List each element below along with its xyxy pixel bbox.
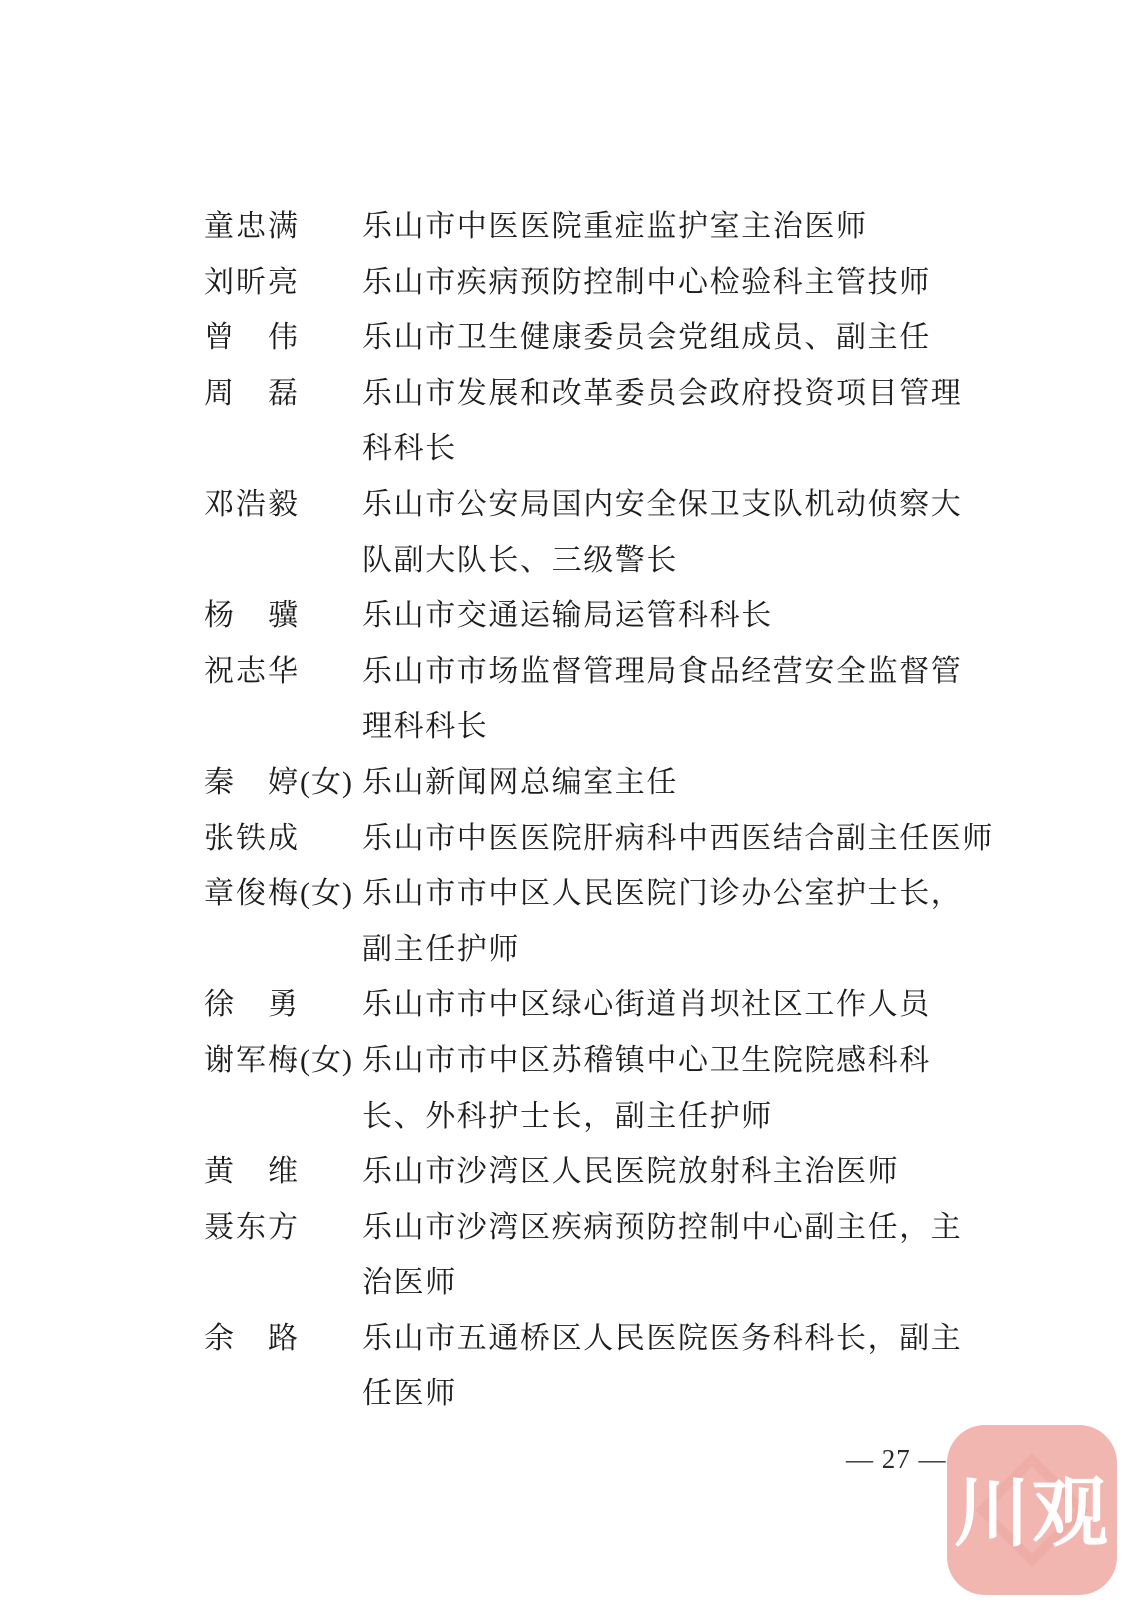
person-position: 乐山市交通运输局运管科科长 xyxy=(362,588,1002,644)
list-item: 谢军梅(女) 乐山市市中区苏稽镇中心卫生院院感科科 长、外科护士长，副主任护师 xyxy=(204,1033,1004,1144)
document-page: { "document": { "entries": [ { "name": "… xyxy=(0,0,1124,1600)
name-text: 谢军梅 xyxy=(204,1044,300,1077)
person-position: 乐山市市中区人民医院门诊办公室护士长， 副主任护师 xyxy=(362,866,1002,977)
person-name: 黄 维 xyxy=(204,1144,362,1200)
gender-suffix: (女) xyxy=(300,877,353,910)
list-item: 黄 维 乐山市沙湾区人民医院放射科主治医师 xyxy=(204,1144,1004,1200)
name-text: 黄 维 xyxy=(204,1155,300,1188)
name-text: 章俊梅 xyxy=(204,877,300,910)
person-name: 余 路 xyxy=(204,1311,362,1367)
name-text: 童忠满 xyxy=(204,210,300,243)
person-position: 乐山市市中区绿心街道肖坝社区工作人员 xyxy=(362,977,1002,1033)
person-name: 杨 骥 xyxy=(204,588,362,644)
person-name: 徐 勇 xyxy=(204,977,362,1033)
person-position: 乐山市中医医院重症监护室主治医师 xyxy=(362,199,1002,255)
name-text: 祝志华 xyxy=(204,655,300,688)
chuanguan-logo: 川观 xyxy=(947,1425,1117,1595)
list-item: 章俊梅(女) 乐山市市中区人民医院门诊办公室护士长， 副主任护师 xyxy=(204,866,1004,977)
name-text: 余 路 xyxy=(204,1322,300,1355)
person-position: 乐山市疾病预防控制中心检验科主管技师 xyxy=(362,255,1002,311)
name-text: 曾 伟 xyxy=(204,321,300,354)
gender-suffix: (女) xyxy=(300,1044,353,1077)
name-text: 聂东方 xyxy=(204,1211,300,1244)
person-position: 乐山市沙湾区疾病预防控制中心副主任，主 治医师 xyxy=(362,1200,1002,1311)
name-text: 周 磊 xyxy=(204,377,300,410)
list-item: 聂东方 乐山市沙湾区疾病预防控制中心副主任，主 治医师 xyxy=(204,1200,1004,1311)
person-position: 乐山市卫生健康委员会党组成员、副主任 xyxy=(362,310,1002,366)
page-number: — 27 — xyxy=(846,1444,947,1475)
name-text: 刘昕亮 xyxy=(204,266,300,299)
list-item: 周 磊 乐山市发展和改革委员会政府投资项目管理 科科长 xyxy=(204,366,1004,477)
list-item: 童忠满 乐山市中医医院重症监护室主治医师 xyxy=(204,199,1004,255)
person-position: 乐山市中医医院肝病科中西医结合副主任医师 xyxy=(362,811,1002,867)
person-name: 章俊梅(女) xyxy=(204,866,362,922)
name-text: 邓浩毅 xyxy=(204,488,300,521)
person-name: 祝志华 xyxy=(204,644,362,700)
person-name: 张铁成 xyxy=(204,811,362,867)
person-position: 乐山市公安局国内安全保卫支队机动侦察大 队副大队长、三级警长 xyxy=(362,477,1002,588)
person-position: 乐山市市中区苏稽镇中心卫生院院感科科 长、外科护士长，副主任护师 xyxy=(362,1033,1002,1144)
person-position: 乐山市五通桥区人民医院医务科科长，副主 任医师 xyxy=(362,1311,1002,1422)
list-item: 曾 伟 乐山市卫生健康委员会党组成员、副主任 xyxy=(204,310,1004,366)
gender-suffix: (女) xyxy=(300,766,353,799)
list-item: 邓浩毅 乐山市公安局国内安全保卫支队机动侦察大 队副大队长、三级警长 xyxy=(204,477,1004,588)
person-position: 乐山市发展和改革委员会政府投资项目管理 科科长 xyxy=(362,366,1002,477)
person-name: 周 磊 xyxy=(204,366,362,422)
name-text: 杨 骥 xyxy=(204,599,300,632)
list-item: 秦 婷(女) 乐山新闻网总编室主任 xyxy=(204,755,1004,811)
name-text: 张铁成 xyxy=(204,822,300,855)
person-position: 乐山新闻网总编室主任 xyxy=(362,755,1002,811)
list-item: 刘昕亮 乐山市疾病预防控制中心检验科主管技师 xyxy=(204,255,1004,311)
list-item: 张铁成 乐山市中医医院肝病科中西医结合副主任医师 xyxy=(204,811,1004,867)
person-name: 聂东方 xyxy=(204,1200,362,1256)
person-name: 邓浩毅 xyxy=(204,477,362,533)
person-name: 童忠满 xyxy=(204,199,362,255)
person-name: 刘昕亮 xyxy=(204,255,362,311)
list-item: 徐 勇 乐山市市中区绿心街道肖坝社区工作人员 xyxy=(204,977,1004,1033)
list-item: 杨 骥 乐山市交通运输局运管科科长 xyxy=(204,588,1004,644)
person-name: 谢军梅(女) xyxy=(204,1033,362,1089)
name-text: 秦 婷 xyxy=(204,766,300,799)
person-position: 乐山市沙湾区人民医院放射科主治医师 xyxy=(362,1144,1002,1200)
logo-text: 川观 xyxy=(947,1425,1117,1595)
personnel-list: 童忠满 乐山市中医医院重症监护室主治医师 刘昕亮 乐山市疾病预防控制中心检验科主… xyxy=(204,199,1004,1422)
person-position: 乐山市市场监督管理局食品经营安全监督管 理科科长 xyxy=(362,644,1002,755)
list-item: 祝志华 乐山市市场监督管理局食品经营安全监督管 理科科长 xyxy=(204,644,1004,755)
name-text: 徐 勇 xyxy=(204,988,300,1021)
person-name: 秦 婷(女) xyxy=(204,755,362,811)
person-name: 曾 伟 xyxy=(204,310,362,366)
list-item: 余 路 乐山市五通桥区人民医院医务科科长，副主 任医师 xyxy=(204,1311,1004,1422)
